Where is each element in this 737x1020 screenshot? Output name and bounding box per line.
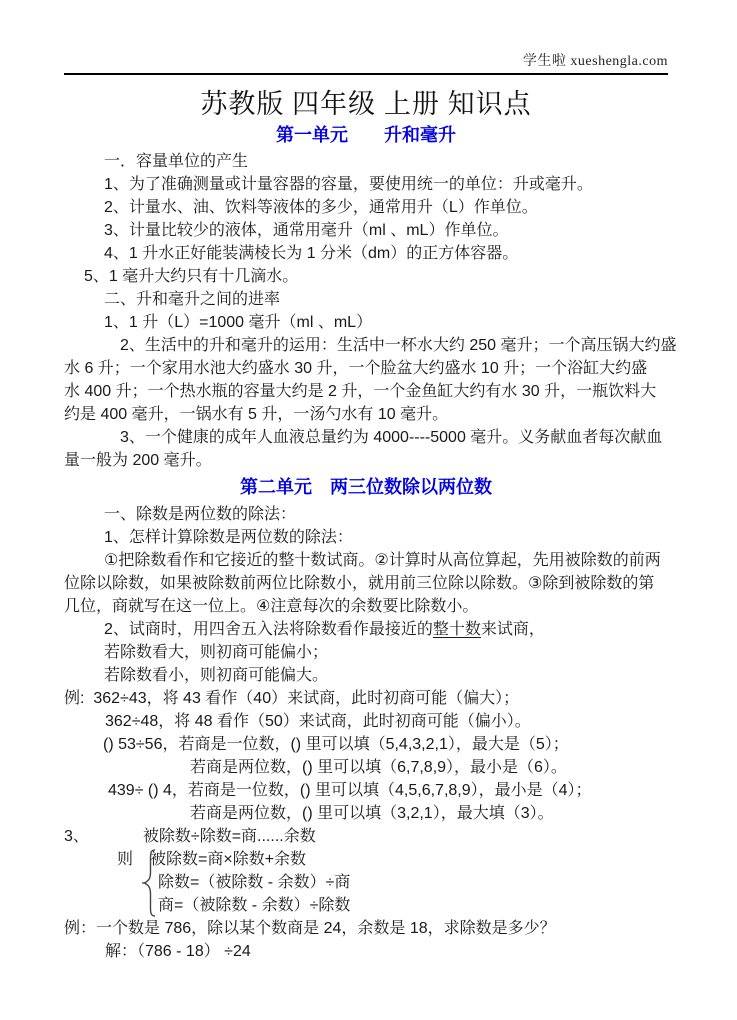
- underlined-term: 整十数: [433, 621, 481, 638]
- brace-group: 则被除数=商×除数+余数 除数=（被除数 - 余数）÷商 商=（被除数 - 余数…: [64, 848, 668, 917]
- example-line: 若商是两位数，() 里可以填（6,7,8,9），最小是（6）。: [64, 756, 668, 779]
- text-line: 约是 400 毫升，一锅水有 5 升，一汤勺水有 10 毫升。: [64, 403, 668, 426]
- example-line: 解：（786 - 18） ÷24: [64, 940, 668, 963]
- text-line: 一、除数是两位数的除法：: [64, 503, 668, 526]
- text-line: 1、1 升（L）=1000 毫升（ml 、mL）: [64, 311, 668, 334]
- page-title: 苏教版 四年级 上册 知识点: [64, 88, 668, 121]
- formula-line: 3、被除数÷除数=商......余数: [64, 825, 668, 848]
- formula-text: 被除数÷除数=商......余数: [143, 828, 316, 845]
- text-line-with-underline: 2、试商时，用四舍五入法将除数看作最接近的整十数来试商，: [64, 618, 668, 641]
- text-line: 3、一个健康的成年人血液总量约为 4000----5000 毫升。义务献血者每次…: [64, 426, 668, 449]
- page-content: 学生啦 xueshengla.com 苏教版 四年级 上册 知识点 第一单元 升…: [64, 0, 668, 963]
- text-line: 一．容量单位的产生: [64, 150, 668, 173]
- division-formula-block: 3、被除数÷除数=商......余数 则被除数=商×除数+余数 除数=（被除数 …: [64, 825, 668, 917]
- text-line: 2、计量水、油、饮料等液体的多少，通常用升（L）作单位。: [64, 196, 668, 219]
- example-line: 439÷ () 4，若商是一位数，() 里可以填（4,5,6,7,8,9），最小…: [64, 779, 668, 802]
- text-line: 若除数看小，则初商可能偏大。: [64, 664, 668, 687]
- text-line: 量一般为 200 毫升。: [64, 449, 668, 472]
- unit2-heading: 第二单元 两三位数除以两位数: [64, 475, 668, 499]
- text-line: 二、升和毫升之间的进率: [64, 288, 668, 311]
- site-watermark: 学生啦 xueshengla.com: [523, 54, 668, 69]
- example-line: 若商是两位数，() 里可以填（3,2,1），最大填（3）。: [64, 802, 668, 825]
- text-line: 5、1 毫升大约只有十几滴水。: [64, 265, 668, 288]
- text-line: 2、生活中的升和毫升的运用：生活中一杯水大约 250 毫升；一个高压锅大约盛: [64, 334, 668, 357]
- text-line: ①把除数看作和它接近的整十数试商。②计算时从高位算起，先用被除数的前两: [64, 549, 668, 572]
- page-header: 学生啦 xueshengla.com: [64, 0, 668, 75]
- unit1-heading: 第一单元 升和毫升: [64, 123, 668, 147]
- formula-text: 被除数=商×除数+余数: [150, 851, 306, 868]
- text-line: 3、计量比较少的液体，通常用毫升（ml 、mL）作单位。: [64, 219, 668, 242]
- text-line: 水 400 升；一个热水瓶的容量大约是 2 升，一个金鱼缸大约有水 30 升，一…: [64, 380, 668, 403]
- text-line: 1、怎样计算除数是两位数的除法：: [64, 526, 668, 549]
- then-label: 则: [117, 851, 133, 868]
- curly-brace: [142, 849, 156, 917]
- document-page: 学生啦 xueshengla.com 苏教版 四年级 上册 知识点 第一单元 升…: [0, 0, 737, 1020]
- text-line: 位除以除数，如果被除数前两位比除数小，就用前三位除以除数。③除到被除数的第: [64, 572, 668, 595]
- example-line: 例: 362÷43，将 43 看作（40）来试商，此时初商可能（偏大）；: [64, 687, 668, 710]
- text-line: 若除数看大，则初商可能偏小；: [64, 641, 668, 664]
- example-line: 例：一个数是 786，除以某个数商是 24，余数是 18，求除数是多少？: [64, 917, 668, 940]
- text-line: 4、1 升水正好能装满棱长为 1 分米（dm）的正方体容器。: [64, 242, 668, 265]
- item-number: 3、: [64, 828, 89, 845]
- example-line: () 53÷56，若商是一位数，() 里可以填（5,4,3,2,1），最大是（5…: [64, 733, 668, 756]
- text-line: 水 6 升；一个家用水池大约盛水 30 升，一个脸盆大约盛水 10 升；一个浴缸…: [64, 357, 668, 380]
- text-segment: 来试商，: [481, 621, 545, 638]
- text-line: 1、为了准确测量或计量容器的容量，要使用统一的单位：升或毫升。: [64, 173, 668, 196]
- example-line: 362÷48，将 48 看作（50）来试商，此时初商可能（偏小）。: [64, 710, 668, 733]
- text-line: 几位，商就写在这一位上。④注意每次的余数要比除数小。: [64, 595, 668, 618]
- text-segment: 2、试商时，用四舍五入法将除数看作最接近的: [104, 621, 433, 638]
